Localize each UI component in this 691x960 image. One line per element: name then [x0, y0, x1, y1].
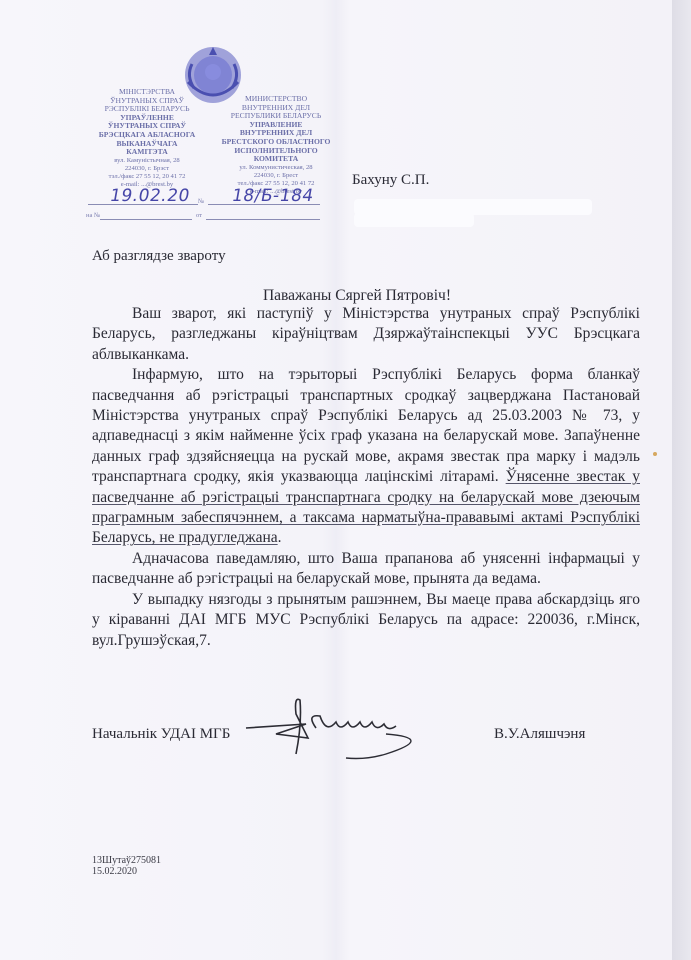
department-name-by: УПРАЎЛЕННЕ ЎНУТРАНЫХ СПРАЎ БРЭСЦКАГА АБЛ…	[88, 114, 206, 157]
page-edge-shadow	[672, 0, 691, 960]
handwritten-date: 19.02.20	[108, 186, 191, 206]
letter-body: Ваш зварот, які паступіў у Міністэрства …	[92, 304, 640, 651]
reference-date-label: от	[196, 212, 202, 219]
letter-subject: Аб разглядзе звароту	[92, 248, 226, 265]
department-name-ru: УПРАВЛЕНИЕ ВНУТРЕННИХ ДЕЛ БРЕСТСКОГО ОБЛ…	[212, 121, 340, 164]
address-by: вул. Камуністычная, 28 224030, г. Брэст …	[88, 157, 206, 189]
executor-date: 15.02.2020	[92, 866, 161, 877]
handwritten-number: 18/Б-184	[230, 186, 315, 206]
letterhead-belarusian: МІНІСТЭРСТВА ЎНУТРАНЫХ СПРАЎ РЭСПУБЛІКІ …	[88, 88, 206, 189]
reference-number-label: на №	[86, 212, 100, 219]
addressee: Бахуну С.П.	[352, 172, 429, 189]
handwritten-signature	[236, 694, 436, 762]
paragraph-2: Інфармую, што на тэрыторыі Рэспублікі Бе…	[92, 365, 640, 549]
paragraph-4: У выпадку нязгоды з прынятым рашэннем, В…	[92, 590, 640, 651]
paper-speck	[653, 452, 657, 456]
executor-note: 13Шутаў275081 15.02.2020	[92, 855, 161, 877]
reference-date-line	[206, 219, 320, 220]
ministry-name-by: МІНІСТЭРСТВА ЎНУТРАНЫХ СПРАЎ РЭСПУБЛІКІ …	[88, 88, 206, 114]
paragraph-3: Адначасова паведамляю, што Ваша прапанов…	[92, 549, 640, 590]
signer-title: Начальнік УДАІ МГБ	[92, 726, 230, 743]
letter-greeting: Паважаны Сяргей Пятровіч!	[0, 287, 672, 305]
redacted-address	[354, 213, 474, 227]
reference-number-line	[100, 219, 192, 220]
paragraph-1: Ваш зварот, які паступіў у Міністэрства …	[92, 304, 640, 365]
executor-code: 13Шутаў275081	[92, 855, 161, 866]
ministry-name-ru: МИНИСТЕРСТВО ВНУТРЕННИХ ДЕЛ РЕСПУБЛИКИ Б…	[212, 95, 340, 121]
letterhead-russian: МИНИСТЕРСТВО ВНУТРЕННИХ ДЕЛ РЕСПУБЛИКИ Б…	[212, 95, 340, 196]
signer-name: В.У.Аляшчэня	[494, 726, 585, 743]
number-label: №	[198, 198, 204, 205]
